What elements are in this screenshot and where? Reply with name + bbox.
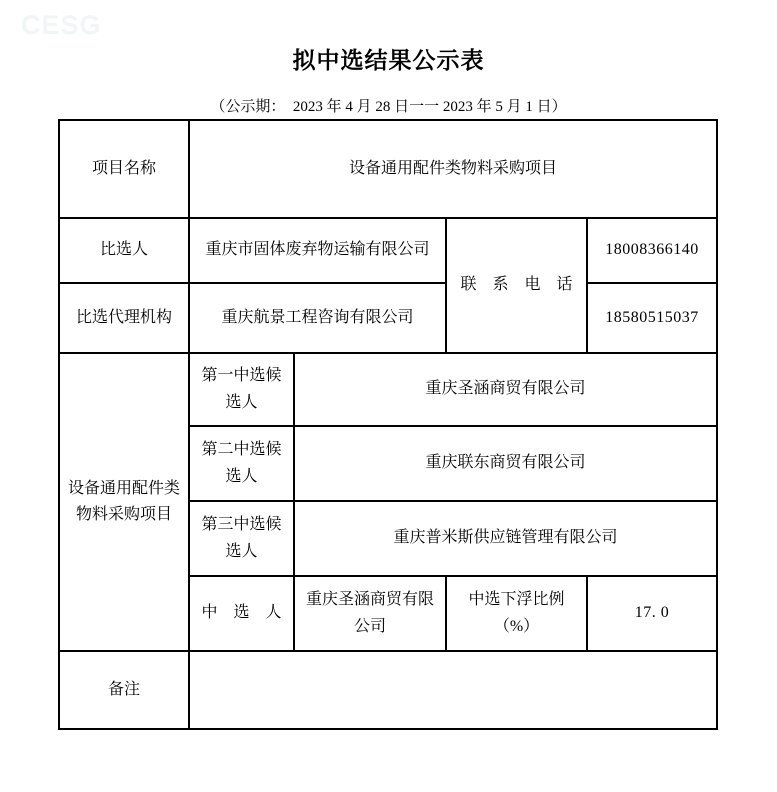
agency-label-cell: 比选代理机构	[59, 283, 189, 353]
selector-label-cell: 比选人	[59, 218, 189, 283]
winner-value-cell: 重庆圣涵商贸有限 公司	[294, 576, 446, 651]
watermark-cesg: CESG	[21, 10, 102, 41]
selector-phone-cell: 18008366140	[587, 218, 717, 283]
candidate-1-value-cell: 重庆圣涵商贸有限公司	[294, 353, 717, 426]
project-name-value-cell: 设备通用配件类物料采购项目	[189, 120, 717, 218]
row-selector: 比选人 重庆市固体废弃物运输有限公司 联 系 电 话 18008366140	[59, 218, 717, 283]
candidate-3-value-cell: 重庆普米斯供应链管理有限公司	[294, 501, 717, 576]
candidate-2-label-cell: 第二中选候 选人	[189, 426, 294, 501]
row-remark: 备注	[59, 651, 717, 729]
winner-label-cell: 中 选 人	[189, 576, 294, 651]
remark-value-cell	[189, 651, 717, 729]
selector-value-cell: 重庆市固体废弃物运输有限公司	[189, 218, 446, 283]
agency-phone-cell: 18580515037	[587, 283, 717, 353]
project-name-label-cell: 项目名称	[59, 120, 189, 218]
candidate-2-value-cell: 重庆联东商贸有限公司	[294, 426, 717, 501]
project-group-label-cell: 设备通用配件类 物料采购项目	[59, 353, 189, 651]
row-candidate-1: 设备通用配件类 物料采购项目 第一中选候 选人 重庆圣涵商贸有限公司	[59, 353, 717, 426]
publicity-period: （公示期： 2023 年 4 月 28 日一一 2023 年 5 月 1 日）	[0, 95, 777, 116]
contact-phone-label-cell: 联 系 电 话	[446, 218, 587, 353]
discount-ratio-value-cell: 17. 0	[587, 576, 717, 651]
candidate-3-label-cell: 第三中选候 选人	[189, 501, 294, 576]
page-title: 拟中选结果公示表	[0, 42, 777, 75]
row-project-name: 项目名称 设备通用配件类物料采购项目	[59, 120, 717, 218]
row-agency: 比选代理机构 重庆航景工程咨询有限公司 18580515037	[59, 283, 717, 353]
agency-value-cell: 重庆航景工程咨询有限公司	[189, 283, 446, 353]
discount-ratio-label-cell: 中选下浮比例 （%）	[446, 576, 587, 651]
remark-label-cell: 备注	[59, 651, 189, 729]
result-table: 项目名称 设备通用配件类物料采购项目 比选人 重庆市固体废弃物运输有限公司 联 …	[58, 119, 718, 730]
candidate-1-label-cell: 第一中选候 选人	[189, 353, 294, 426]
document-page: CESG 拟中选结果公示表 （公示期： 2023 年 4 月 28 日一一 20…	[0, 0, 777, 792]
